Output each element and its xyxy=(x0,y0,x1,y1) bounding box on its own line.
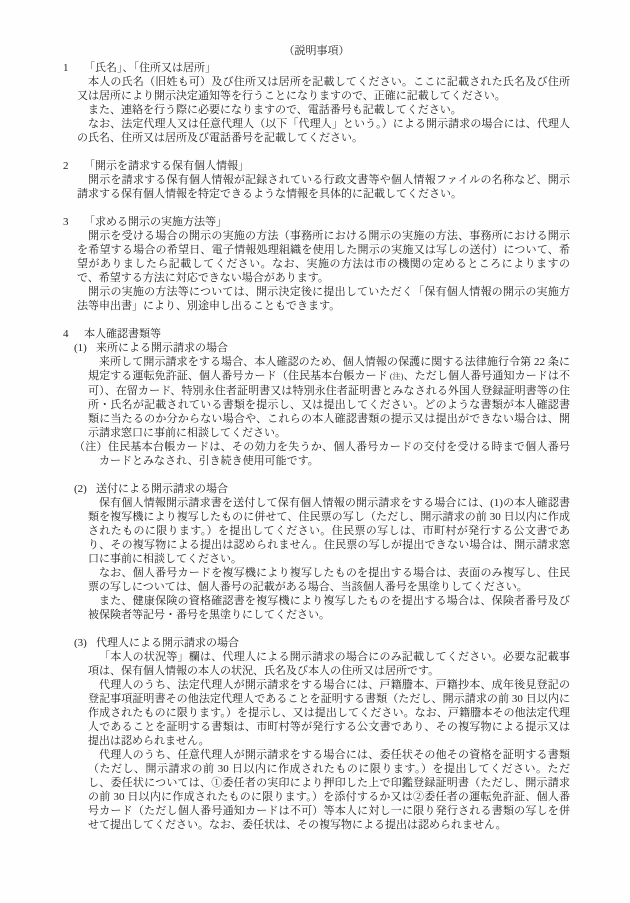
section-2: 2「開示を請求する保有個人情報」 開示を請求する保有個人情報が記録されている行政… xyxy=(63,159,570,201)
subsection-3-body: 「本人の状況等」欄は、代理人による開示請求の場合にのみ記載してください。必要な記… xyxy=(74,650,570,832)
paragraph: なお、個人番号カードを複写機により複写したものを提出する場合は、表面のみ複写し、… xyxy=(74,566,570,594)
section-2-heading: 「開示を請求する保有個人情報」 xyxy=(84,160,249,172)
paragraph: なお、法定代理人又は任意代理人（以下「代理人」という。）による開示請求の場合には… xyxy=(63,117,570,145)
paragraph: 代理人のうち、任意代理人が開示請求をする場合には、委任状その他その資格を証明する… xyxy=(74,748,570,832)
section-3: 3「求める開示の実施方法等」 開示を受ける場合の開示の実施の方法（事務所における… xyxy=(63,215,570,313)
section-4-heading: 本人確認書類等 xyxy=(84,328,161,340)
section-4-number: 4 xyxy=(63,327,84,341)
footnote-label: （注） xyxy=(74,441,108,453)
subsection-2-body: 保有個人情報開示請求書を送付して保有個人情報の開示請求をする場合には、(1)の本… xyxy=(74,496,570,622)
paragraph: 代理人のうち、法定代理人が開示請求をする場合には、戸籍謄本、戸籍抄本、成年後見登… xyxy=(74,678,570,748)
section-1-heading-line: 1「氏名」、「住所又は居所」 xyxy=(63,61,570,75)
footnote-text: 住民基本台帳カードは、その効力を失うか、個人番号カードの交付を受ける時まで個人番… xyxy=(99,441,570,467)
section-4-heading-line: 4本人確認書類等 xyxy=(63,327,570,341)
document-page: （説明事項） 1「氏名」、「住所又は居所」 本人の氏名（旧姓も可）及び住所又は居… xyxy=(0,0,630,903)
subsection-3-heading: 代理人による開示請求の場合 xyxy=(96,637,239,649)
subsection-2-heading-line: (2)送付による開示請求の場合 xyxy=(74,482,570,496)
subsection-2-heading: 送付による開示請求の場合 xyxy=(96,483,228,495)
section-4: 4本人確認書類等 (1)来所による開示請求の場合 来所して開示請求をする場合、本… xyxy=(63,327,570,832)
section-2-heading-line: 2「開示を請求する保有個人情報」 xyxy=(63,159,570,173)
subsection-1-heading: 来所による開示請求の場合 xyxy=(96,342,228,354)
section-2-body: 開示を請求する保有個人情報が記録されている行政文書等や個人情報ファイルの名称など… xyxy=(63,173,570,201)
section-3-number: 3 xyxy=(63,215,84,229)
paragraph: また、健康保険の資格確認書を複写機により複写したものを提出する場合は、保険者番号… xyxy=(74,594,570,622)
subsection-1-label: (1) xyxy=(74,341,96,355)
section-1-heading: 「氏名」、「住所又は居所」 xyxy=(84,62,216,74)
paragraph: 開示を受ける場合の開示の実施の方法（事務所における開示の実施の方法、事務所におけ… xyxy=(63,229,570,285)
section-1-number: 1 xyxy=(63,61,84,75)
subsection-1-body: 来所して開示請求をする場合、本人確認のため、個人情報の保護に関する法律施行令第 … xyxy=(74,355,570,440)
section-3-body: 開示を受ける場合の開示の実施の方法（事務所における開示の実施の方法、事務所におけ… xyxy=(63,229,570,313)
subsection-2: (2)送付による開示請求の場合 保有個人情報開示請求書を送付して保有個人情報の開… xyxy=(63,482,570,622)
section-3-heading-line: 3「求める開示の実施方法等」 xyxy=(63,215,570,229)
section-1-body: 本人の氏名（旧姓も可）及び住所又は居所を記載してください。ここに記載された氏名及… xyxy=(63,75,570,145)
paragraph: また、連絡を行う際に必要になりますので、電話番号も記載してください。 xyxy=(63,103,570,117)
section-3-heading: 「求める開示の実施方法等」 xyxy=(84,216,227,228)
paragraph: 開示を請求する保有個人情報が記録されている行政文書等や個人情報ファイルの名称など… xyxy=(63,173,570,201)
paragraph: 「本人の状況等」欄は、代理人による開示請求の場合にのみ記載してください。必要な記… xyxy=(74,650,570,678)
paragraph: 本人の氏名（旧姓も可）及び住所又は居所を記載してください。ここに記載された氏名及… xyxy=(63,75,570,103)
subsection-2-label: (2) xyxy=(74,482,96,496)
section-1: 1「氏名」、「住所又は居所」 本人の氏名（旧姓も可）及び住所又は居所を記載してく… xyxy=(63,61,570,145)
inline-note-marker: (注) xyxy=(388,372,404,381)
paragraph: 来所して開示請求をする場合、本人確認のため、個人情報の保護に関する法律施行令第 … xyxy=(74,355,570,440)
paragraph: 開示の実施の方法等については、開示決定後に提出していただく「保有個人情報の開示の… xyxy=(63,285,570,313)
subsection-3-heading-line: (3)代理人による開示請求の場合 xyxy=(74,636,570,650)
document-title: （説明事項） xyxy=(63,44,570,58)
subsection-3-label: (3) xyxy=(74,636,96,650)
subsection-3: (3)代理人による開示請求の場合 「本人の状況等」欄は、代理人による開示請求の場… xyxy=(63,636,570,832)
subsection-1: (1)来所による開示請求の場合 来所して開示請求をする場合、本人確認のため、個人… xyxy=(63,341,570,468)
subsection-1-heading-line: (1)来所による開示請求の場合 xyxy=(74,341,570,355)
section-2-number: 2 xyxy=(63,159,84,173)
footnote: （注）住民基本台帳カードは、その効力を失うか、個人番号カードの交付を受ける時まで… xyxy=(74,440,570,468)
paragraph: 保有個人情報開示請求書を送付して保有個人情報の開示請求をする場合には、(1)の本… xyxy=(74,496,570,566)
